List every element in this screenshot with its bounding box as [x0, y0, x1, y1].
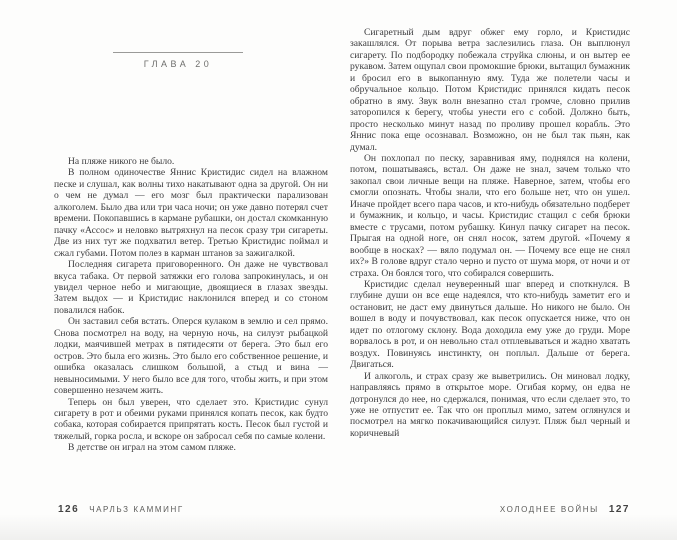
paragraph: В детстве он играл на этом самом пляже.	[54, 442, 328, 453]
right-page-number: 127	[609, 504, 630, 515]
paragraph: На пляже никого не было.	[54, 156, 328, 167]
left-running-title: ЧАРЛЬЗ КАММИНГ	[89, 505, 184, 514]
paragraph: В полном одиночестве Яннис Кристидис сид…	[54, 167, 328, 259]
chapter-heading-label: ГЛАВА 20	[113, 59, 243, 69]
right-page-footer: ХОЛОДНЕЕ ВОЙНЫ127	[350, 499, 630, 517]
paragraph: Последняя сигарета приговоренного. Он да…	[54, 259, 328, 316]
paragraph: Он заставил себя встать. Оперся кулаком …	[54, 316, 328, 396]
left-page-footer: 126ЧАРЛЬЗ КАММИНГ	[58, 499, 332, 517]
paragraph: Теперь он был уверен, что сделает это. К…	[54, 397, 328, 443]
chapter-heading: ГЛАВА 20	[113, 52, 243, 69]
book-spread-scan: ГЛАВА 20 На пляже никого не было.В полно…	[0, 0, 677, 540]
right-running-title: ХОЛОДНЕЕ ВОЙНЫ	[500, 505, 599, 514]
paragraph: Кристидис сделал неуверенный шаг вперед …	[350, 279, 630, 371]
scan-bottom-shadow	[0, 514, 677, 540]
left-page-number: 126	[58, 504, 79, 515]
paragraph: Сигаретный дым вдруг обжег ему горло, и …	[350, 27, 630, 153]
paragraph: И алкоголь, и страх сразу же выветрились…	[350, 371, 630, 440]
left-page-text-column: На пляже никого не было.В полном одиноче…	[54, 156, 328, 454]
paragraph: Он похлопал по песку, заравнивая яму, по…	[350, 153, 630, 279]
right-page-text-column: Сигаретный дым вдруг обжег ему горло, и …	[350, 27, 630, 439]
